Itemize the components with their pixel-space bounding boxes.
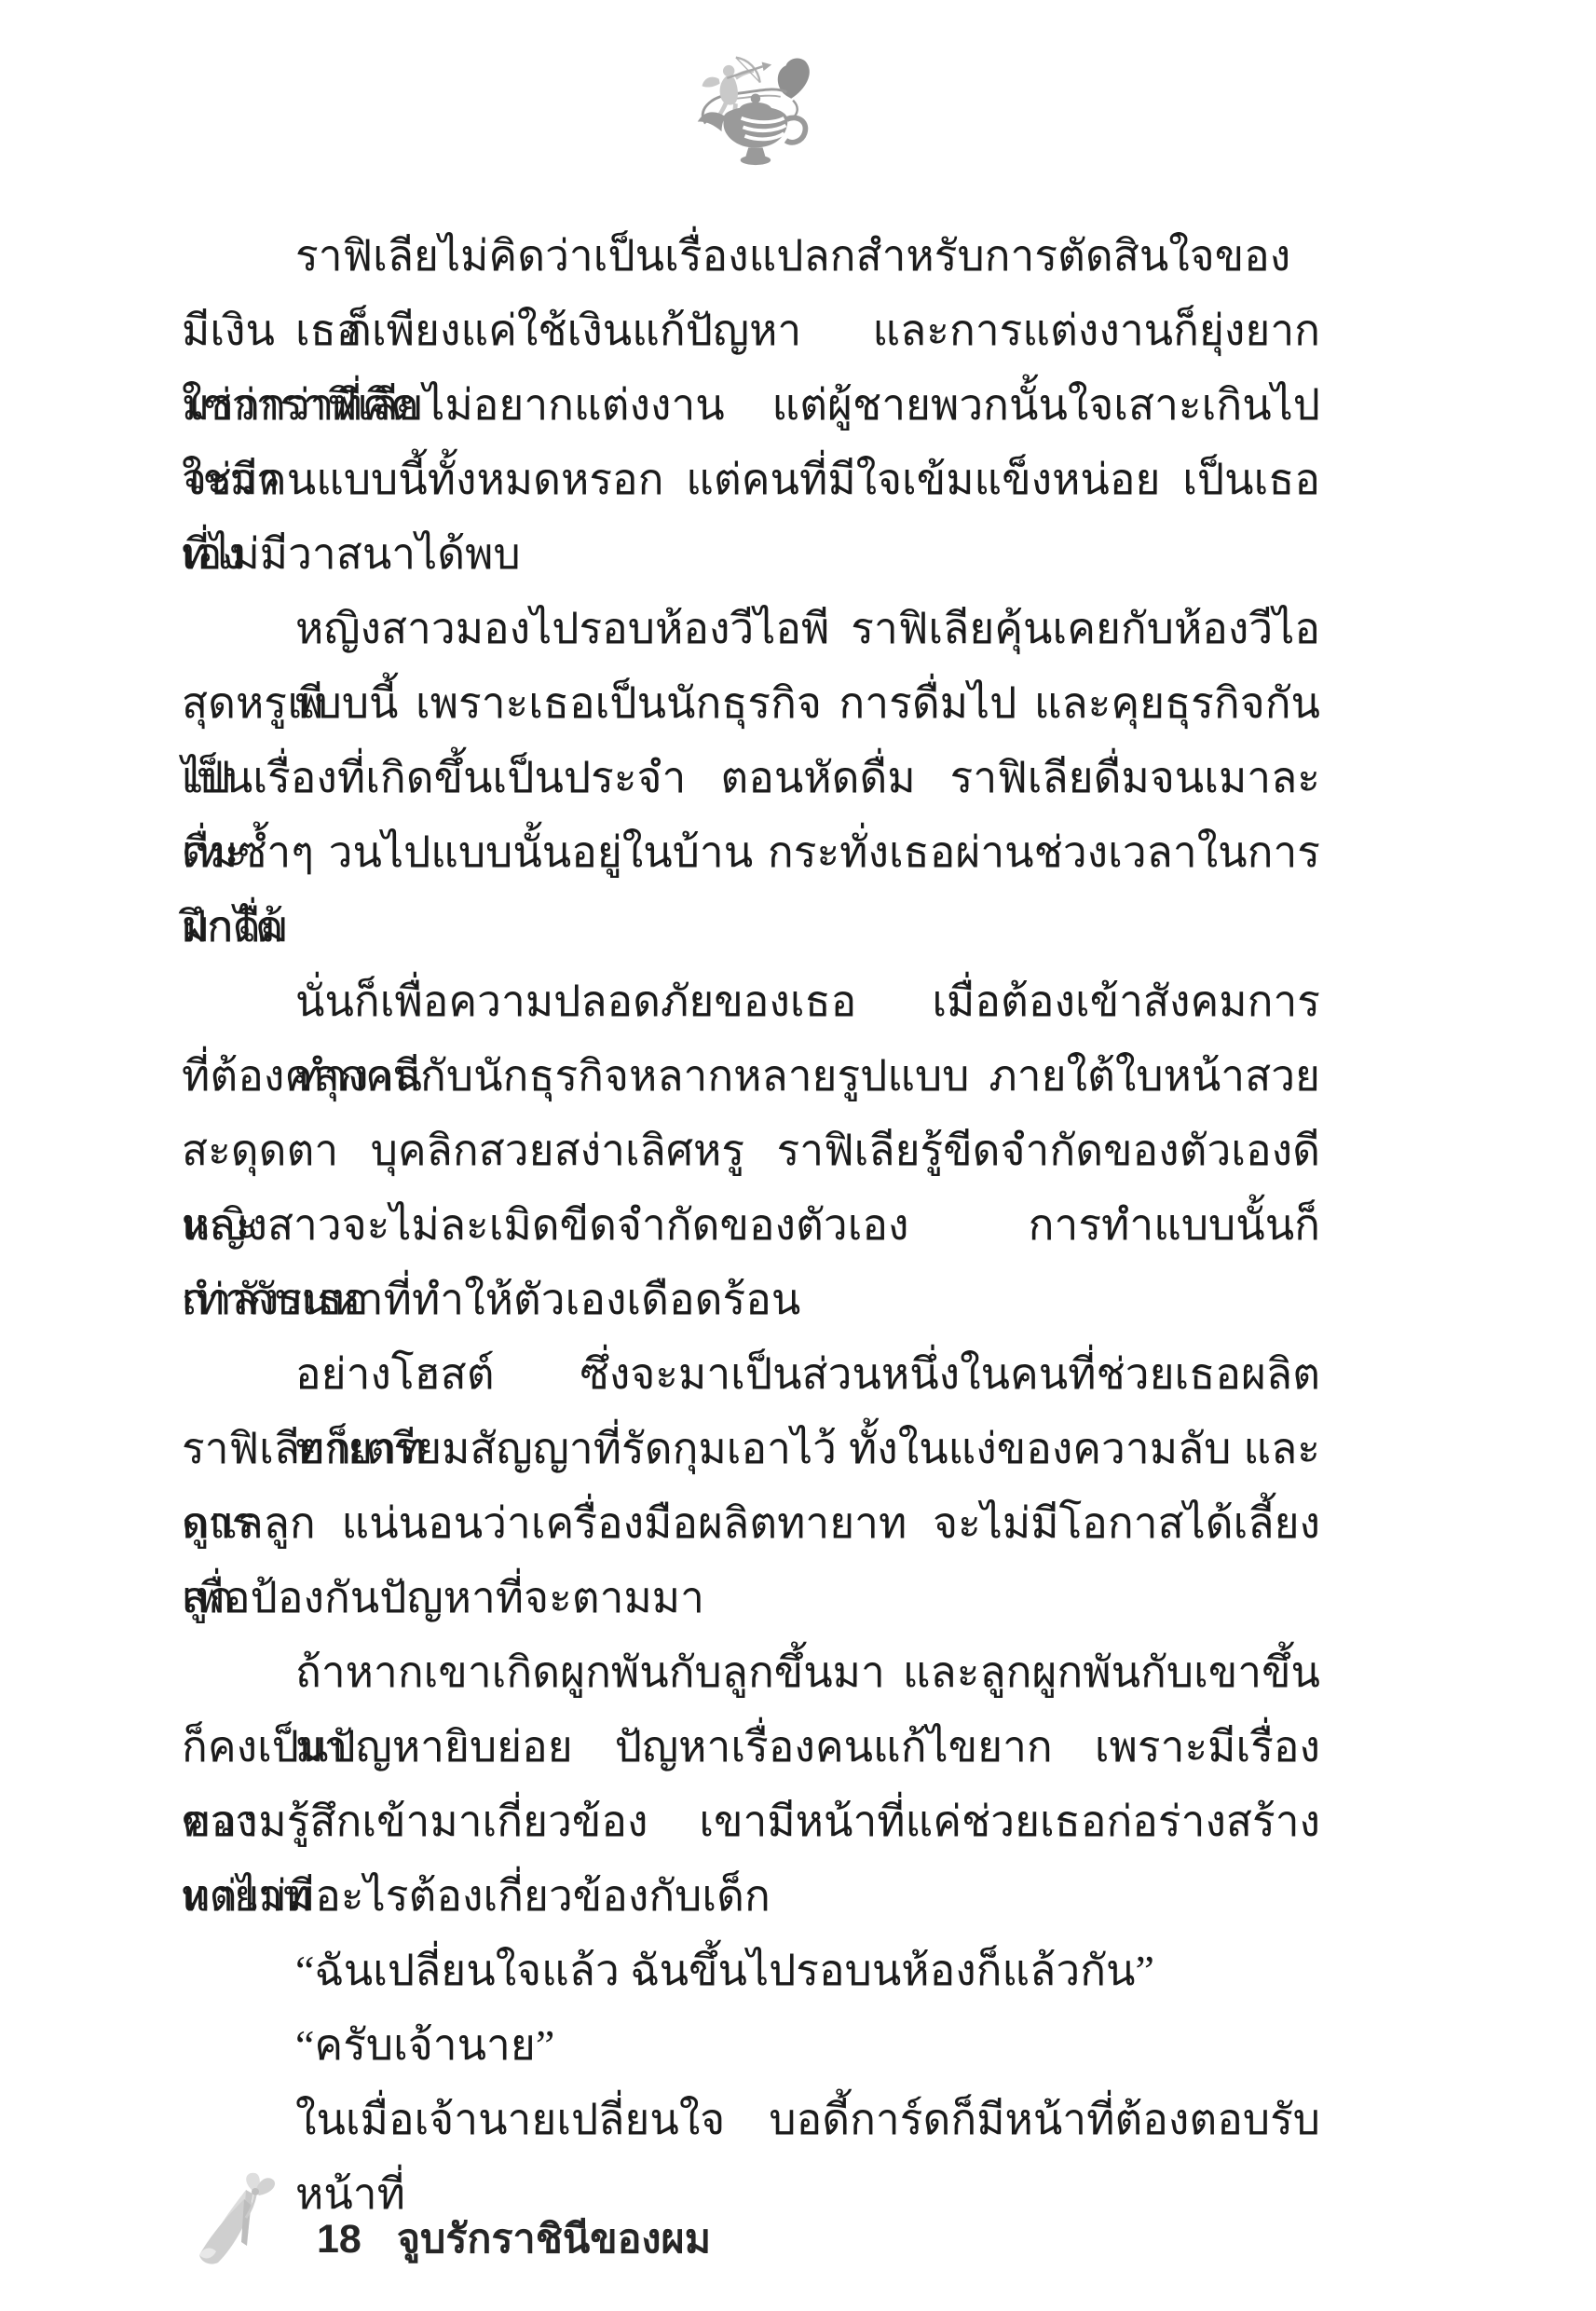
- text-line: ใช่ว่าราฟิเลียไม่อยากแต่งงาน แต่ผู้ชายพว…: [182, 368, 1320, 443]
- footer-text: 18 จูบรักราชินีของผม: [317, 2220, 711, 2260]
- text-line: กำลังรนหาที่ทำให้ตัวเองเดือดร้อน: [182, 1263, 1320, 1337]
- text-line: ก็คงเป็นปัญหายิบย่อย ปัญหาเรื่องคนแก้ไขย…: [182, 1710, 1320, 1785]
- text-line: ดูแลลูก แน่นอนว่าเครื่องมือผลิตทายาท จะไ…: [182, 1486, 1320, 1561]
- text-line: สะดุดตา บุคลิกสวยสง่าเลิศหรู ราฟิเลียรู้…: [182, 1114, 1320, 1188]
- text-line: เพื่อป้องกันปัญหาที่จะตามมา: [182, 1561, 1320, 1635]
- text-line: “ครับเจ้านาย”: [182, 2008, 1320, 2083]
- text-line: นั่นก็เพื่อความปลอดภัยของเธอ เมื่อต้องเข…: [182, 964, 1320, 1039]
- text-line: “ฉันเปลี่ยนใจแล้ว ฉันขึ้นไปรอบนห้องก็แล้…: [182, 1934, 1320, 2008]
- text-line: ที่ต้องคลุกคลีกับนักธุรกิจหลากหลายรูปแบบ…: [182, 1039, 1320, 1114]
- text-line: หญิงสาวมองไปรอบห้องวีไอพี ราฟิเลียคุ้นเค…: [182, 592, 1320, 666]
- cupid-genie-lamp-icon: [691, 52, 816, 177]
- text-line: อย่างโฮสต์ ซึ่งจะมาเป็นส่วนหนึ่งในคนที่ช…: [182, 1337, 1320, 1412]
- book-page: ราฟิเลียไม่คิดว่าเป็นเรื่องแปลกสำหรับการ…: [0, 0, 1596, 2311]
- text-line: ที่ไม่มีวาสนาได้พบ: [182, 517, 1320, 592]
- text-line: หญิงสาวจะไม่ละเมิดขีดจำกัดของตัวเอง การท…: [182, 1188, 1320, 1263]
- text-line: มีเงิน ก็เพียงแค่ใช้เงินแก้ปัญหา และการแ…: [182, 294, 1320, 368]
- text-line: ราฟิเลียก็เตรียมสัญญาที่รัดกุมเอาไว้ ทั้…: [182, 1412, 1320, 1486]
- text-line: แต่ไม่มีอะไรต้องเกี่ยวข้องกับเด็ก: [182, 1859, 1320, 1934]
- page-number: 18: [317, 2220, 361, 2260]
- page-footer: 18 จูบรักราชินีของผม: [0, 2162, 1596, 2292]
- text-line: ราฟิเลียไม่คิดว่าเป็นเรื่องแปลกสำหรับการ…: [182, 219, 1320, 294]
- text-line: ถ้าหากเขาเกิดผูกพันกับลูกขึ้นมา และลูกผู…: [182, 1635, 1320, 1710]
- text-line: ดื่มซ้ำๆ วนไปแบบนั้นอยู่ในบ้าน กระทั่งเธ…: [182, 815, 1320, 890]
- body-text: ราฟิเลียไม่คิดว่าเป็นเรื่องแปลกสำหรับการ…: [182, 219, 1320, 2157]
- book-title: จูบรักราชินีของผม: [397, 2220, 711, 2260]
- text-line: มาได้: [182, 890, 1320, 964]
- text-line: จะมีคนแบบนี้ทั้งหมดหรอก แต่คนที่มีใจเข้ม…: [182, 443, 1320, 517]
- text-line: สุดหรูแบบนี้ เพราะเธอเป็นนักธุรกิจ การดื…: [182, 666, 1320, 741]
- high-heels-icon: [194, 2169, 280, 2274]
- text-line: ความรู้สึกเข้ามาเกี่ยวข้อง เขามีหน้าที่แ…: [182, 1785, 1320, 1859]
- cupid-genie-lamp-ornament: [691, 52, 816, 177]
- text-line: เป็นเรื่องที่เกิดขึ้นเป็นประจำ ตอนหัดดื่…: [182, 741, 1320, 815]
- text-line: ในเมื่อเจ้านายเปลี่ยนใจ บอดี้การ์ดก็มีหน…: [182, 2083, 1320, 2157]
